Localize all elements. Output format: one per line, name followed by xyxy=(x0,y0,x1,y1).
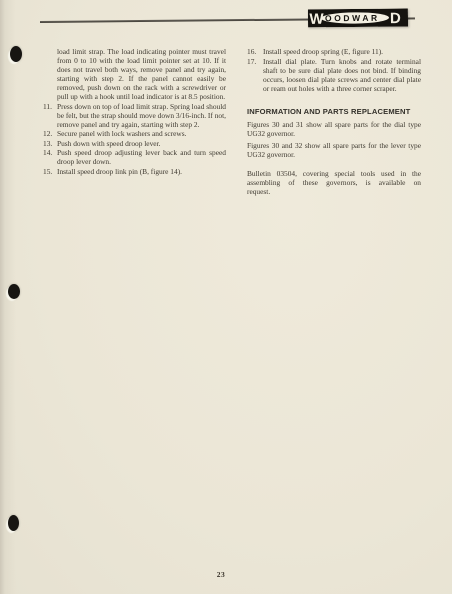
item-text: Install speed droop link pin (B, figure … xyxy=(57,167,226,176)
item-number: 17. xyxy=(247,57,263,93)
list-item-11: 11. Press down on top of load limit stra… xyxy=(43,102,226,129)
woodward-logo: W OODWAR D xyxy=(308,8,408,27)
paragraph: Figures 30 and 32 show all spare parts f… xyxy=(247,141,421,159)
list-item-15: 15. Install speed droop link pin (B, fig… xyxy=(43,167,226,176)
scanned-manual-page: W OODWAR D load limit strap. The load in… xyxy=(0,0,452,594)
item-number: 11. xyxy=(43,102,57,129)
logo-middle-letters: OODWAR xyxy=(325,13,380,24)
woodward-logo-graphic: W OODWAR D xyxy=(308,8,408,27)
item-number: 12. xyxy=(43,129,57,138)
page-header: W OODWAR D xyxy=(40,8,415,32)
page-number: 23 xyxy=(0,570,442,579)
list-item-17: 17. Install dial plate. Turn knobs and r… xyxy=(247,57,421,93)
item-number: 13. xyxy=(43,139,57,148)
logo-last-letter: D xyxy=(390,10,401,27)
continuation-paragraph: load limit strap. The load indicating po… xyxy=(57,47,226,101)
left-column: load limit strap. The load indicating po… xyxy=(43,47,226,176)
item-number: 14. xyxy=(43,148,57,166)
item-number: 16. xyxy=(247,47,263,56)
paragraph: Bulletin 03504, covering special tools u… xyxy=(247,169,421,196)
punch-hole xyxy=(8,515,19,531)
item-text: Press down on top of load limit strap. S… xyxy=(57,102,226,129)
item-text: Secure panel with lock washers and screw… xyxy=(57,129,226,138)
punch-hole xyxy=(8,284,20,299)
item-text: Push speed droop adjusting lever back an… xyxy=(57,148,226,166)
punch-hole xyxy=(10,46,22,62)
logo-first-letter: W xyxy=(309,11,324,28)
section-heading: INFORMATION AND PARTS REPLACEMENT xyxy=(247,107,421,116)
item-text: Push down with speed droop lever. xyxy=(57,139,226,148)
list-item-14: 14. Push speed droop adjusting lever bac… xyxy=(43,148,226,166)
list-item-16: 16. Install speed droop spring (E, figur… xyxy=(247,47,421,56)
item-number: 15. xyxy=(43,167,57,176)
item-text: Install speed droop spring (E, figure 11… xyxy=(263,47,421,56)
item-text: Install dial plate. Turn knobs and rotat… xyxy=(263,57,421,93)
paragraph: Figures 30 and 31 show all spare parts f… xyxy=(247,120,421,138)
right-column: 16. Install speed droop spring (E, figur… xyxy=(247,47,421,196)
list-item-12: 12. Secure panel with lock washers and s… xyxy=(43,129,226,138)
list-item-13: 13. Push down with speed droop lever. xyxy=(43,139,226,148)
